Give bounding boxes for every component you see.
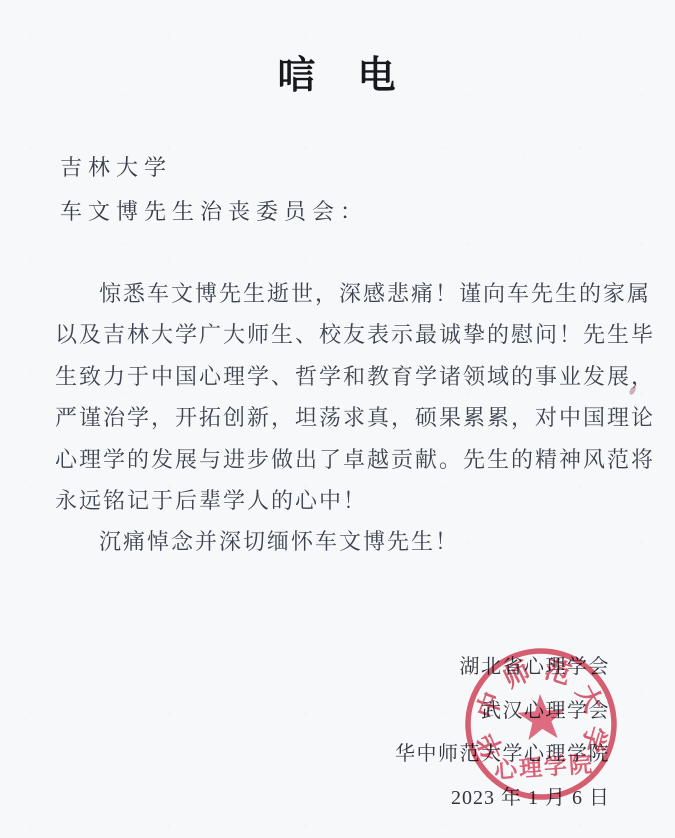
recipient-university: 吉林大学 — [60, 146, 368, 190]
signature-org-ccnu: 华中师范大学心理学院 — [395, 733, 610, 777]
body-line: 惊悉车文博先生逝世，深感悲痛！谨向车先生的家属 — [55, 273, 640, 314]
signature-org-hubei: 湖北省心理学会 — [395, 646, 610, 690]
signature-org-wuhan: 武汉心理学会 — [395, 690, 610, 734]
letter-date: 2023 年 1 月 6 日 — [395, 777, 610, 821]
signature-block: 湖北省心理学会 武汉心理学会 华中师范大学心理学院 2023 年 1 月 6 日 — [395, 646, 610, 820]
condolence-letter-page: 唁 电 吉林大学 车文博先生治丧委员会： 惊悉车文博先生逝世，深感悲痛！谨向车先… — [0, 0, 675, 838]
body-line: 严谨治学，开拓创新，坦荡求真，硕果累累，对中国理论 — [55, 397, 640, 438]
body-line: 沉痛悼念并深切缅怀车文博先生！ — [55, 521, 640, 562]
body-line: 永远铭记于后辈学人的心中！ — [55, 480, 640, 521]
body-line: 生致力于中国心理学、哲学和教育学诸领域的事业发展， — [55, 356, 640, 397]
body-line: 以及吉林大学广大师生、校友表示最诚挚的慰问！先生毕 — [55, 314, 640, 355]
recipient-committee: 车文博先生治丧委员会： — [60, 190, 368, 234]
salutation-block: 吉林大学 车文博先生治丧委员会： — [60, 146, 368, 234]
letter-body: 惊悉车文博先生逝世，深感悲痛！谨向车先生的家属 以及吉林大学广大师生、校友表示最… — [55, 273, 640, 563]
body-line: 心理学的发展与进步做出了卓越贡献。先生的精神风范将 — [55, 439, 640, 480]
letter-title: 唁 电 — [0, 53, 675, 99]
